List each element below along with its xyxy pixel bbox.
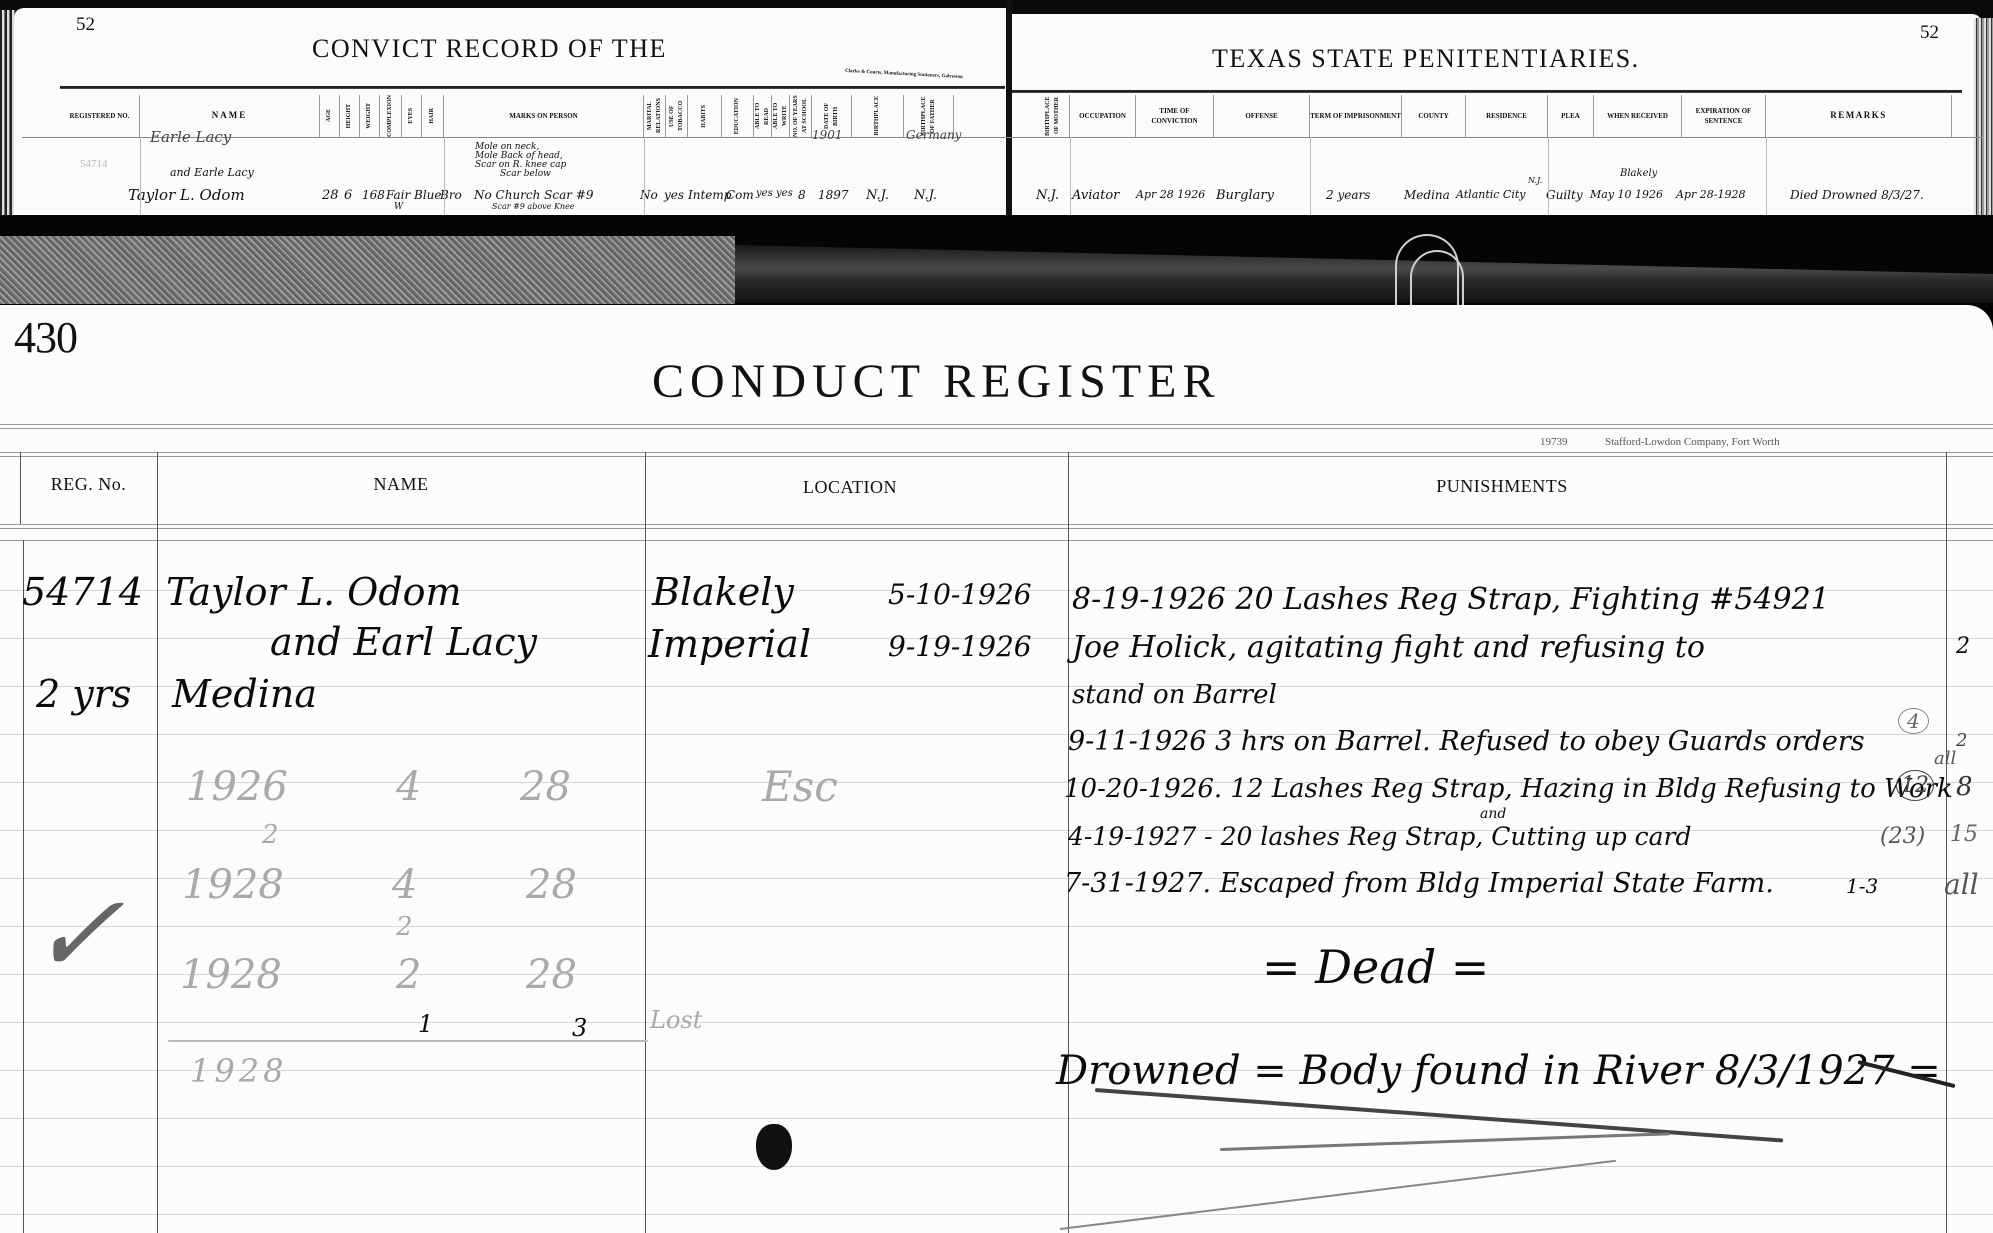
punishment-line-6: 4-19-1927 - 20 lashes Reg Strap, Cutting…	[1068, 822, 1692, 851]
col-registered-no: Registered No.	[60, 95, 140, 137]
pencil-day-2: 28	[526, 862, 577, 908]
cloth-spine	[0, 236, 735, 304]
col-location: LOCATION	[645, 477, 1055, 498]
pencil-mark-2: 2	[262, 820, 279, 850]
col-plea: PLEA	[1548, 95, 1594, 137]
header-rule-right	[1012, 90, 1962, 93]
location-1-date: 5-10-1926	[888, 578, 1032, 611]
pencil-subtotal-month: 1	[418, 1010, 433, 1038]
header-top-rule	[0, 452, 1993, 457]
term-of-imprisonment: 2 years	[1326, 188, 1370, 202]
col-complexion: Complexion	[386, 95, 395, 137]
col-marital-relations: Marital Relations	[646, 95, 664, 137]
conduct-term: 2 yrs	[36, 672, 131, 716]
when-received: May 10 1926	[1590, 188, 1663, 201]
margin-value-5: 15	[1950, 822, 1978, 847]
punishment-line-2: Joe Holick, agitating fight and refusing…	[1072, 630, 1705, 665]
residence: Atlantic City	[1456, 188, 1526, 201]
col-height: Height	[345, 104, 354, 128]
col-able-to-write: Able to Write	[772, 95, 790, 137]
header-bottom-line	[22, 137, 1982, 138]
col-time-of-conviction: TIME OF CONVICTION	[1136, 95, 1214, 137]
col-term-of-imprisonment: TERM OF IMPRISONMENT	[1310, 95, 1402, 137]
prior-row-name: Earle Lacy	[150, 128, 231, 146]
title-rule	[0, 424, 1993, 429]
conduct-name-line2: and Earl Lacy	[270, 620, 537, 664]
pencil-subtotal-day: 3	[572, 1014, 587, 1042]
margin-value-4: 8	[1956, 772, 1973, 802]
header-rule-left	[60, 86, 1005, 89]
location-1-place: Blakely	[652, 570, 794, 614]
col-punishments: PUNISHMENTS	[1068, 476, 1936, 497]
years-at-school: 8	[798, 188, 806, 202]
ruled-line	[0, 926, 1993, 927]
conduct-page-number: 430	[14, 312, 77, 363]
page-edges-right	[1974, 18, 1993, 215]
residence-suffix: N.J.	[1528, 176, 1542, 185]
ruled-line	[0, 1166, 1993, 1167]
right-page-number: 52	[1920, 22, 1939, 44]
col-rule	[1946, 452, 1947, 1233]
pencil-year-3: 1928	[180, 952, 282, 998]
col-use-of-tobacco: Use of Tobacco	[668, 95, 686, 137]
punishment-line-3: stand on Barrel	[1072, 680, 1277, 710]
col-age: Age	[325, 109, 334, 122]
prior-row-birthplace-father: Germany	[906, 128, 961, 142]
ruled-line	[0, 1022, 1993, 1023]
ruled-line	[0, 830, 1993, 831]
col-county: COUNTY	[1402, 95, 1466, 137]
loose-thread	[1410, 250, 1464, 307]
col-rule	[644, 137, 645, 215]
bracket-annotation-23: (23)	[1880, 824, 1925, 849]
pencil-day-1: 28	[520, 764, 571, 810]
col-rule	[23, 540, 24, 1233]
pencil-month-1: 4	[396, 764, 421, 810]
marks-on-person-main: No Church Scar #9	[474, 188, 594, 202]
when-received-note: Blakely	[1620, 168, 1657, 179]
birthplace-mother: N.J.	[1036, 188, 1059, 203]
col-rule	[157, 452, 158, 1233]
margin-value-1: 2	[1956, 634, 1970, 659]
col-marks-on-person: MARKS ON PERSON	[444, 95, 644, 137]
remarks: Died Drowned 8/3/27.	[1790, 188, 1924, 202]
col-when-received: WHEN RECEIVED	[1594, 95, 1682, 137]
birthplace: N.J.	[866, 188, 889, 203]
convict-eyes: Blue	[414, 188, 442, 202]
col-rule	[1070, 137, 1071, 215]
col-remarks: REMARKS	[1766, 95, 1952, 137]
imprint-company: Stafford-Lowdon Company, Fort Worth	[1605, 436, 1780, 448]
convict-weight: 168	[362, 188, 385, 202]
use-of-tobacco: yes	[664, 188, 684, 202]
ruled-line	[0, 1214, 1993, 1215]
col-rule	[1548, 137, 1549, 215]
col-rule	[140, 137, 141, 215]
convict-record-title: CONVICT RECORD OF THE	[312, 34, 667, 64]
convict-height: 6	[344, 188, 352, 203]
location-2-date: 9-19-1926	[888, 630, 1032, 663]
col-years-at-school: No. of Years at School	[792, 95, 810, 137]
marks-on-person-5: Scar #9 above Knee	[492, 202, 575, 211]
left-page-number: 52	[76, 14, 95, 36]
col-rule	[645, 452, 646, 1233]
pencil-year-2: 1928	[182, 862, 284, 908]
death-note: Drowned = Body found in River 8/3/1927 =	[1056, 1048, 1941, 1094]
col-hair: Hair	[428, 108, 437, 124]
pencil-month-2: 4	[392, 862, 417, 908]
able-to-write: yes	[776, 188, 793, 199]
county: Medina	[1404, 188, 1450, 202]
marital-relations: No	[640, 188, 658, 202]
data-top-rule	[0, 540, 1993, 541]
birthplace-father: N.J.	[914, 188, 937, 203]
imprint-number: 19739	[1540, 436, 1568, 448]
punishment-line-7: 7-31-1927. Escaped from Bldg Imperial St…	[1064, 868, 1774, 899]
status-dead: = Dead =	[1262, 940, 1489, 994]
col-occupation: OCCUPATION	[1070, 95, 1136, 137]
margin-value-6: all	[1944, 868, 1979, 901]
ruled-line	[0, 974, 1993, 975]
col-birthplace: Birthplace	[873, 96, 882, 135]
offense: Burglary	[1216, 188, 1274, 203]
book-gutter	[1006, 0, 1012, 215]
col-name: NAME	[157, 474, 645, 495]
ink-blot	[756, 1124, 792, 1170]
col-able-to-read: Able to Read	[754, 95, 772, 137]
punishment-line-5: 10-20-1926. 12 Lashes Reg Strap, Hazing …	[1064, 774, 1953, 804]
punishment-line-1: 8-19-1926 20 Lashes Reg Strap, Fighting …	[1072, 582, 1830, 617]
location-2-place: Imperial	[648, 622, 811, 666]
education: Com	[726, 188, 754, 202]
pencil-day-3: 28	[526, 952, 577, 998]
expiration-of-sentence: Apr 28-1928	[1676, 188, 1745, 201]
pencil-year-last: 1928	[190, 1052, 287, 1090]
margin-value-2: 2	[1956, 730, 1967, 751]
complexion-note: W	[394, 202, 403, 212]
conduct-county: Medina	[172, 672, 317, 716]
able-to-read: yes	[756, 188, 773, 199]
row7-days: 1-3	[1846, 874, 1878, 898]
habits: Intemp	[688, 188, 731, 202]
punishment-and-note: and	[1480, 806, 1506, 822]
col-reg-no: REG. No.	[20, 474, 157, 495]
location-note-escaped: Esc	[762, 762, 838, 811]
convict-complexion: Fair	[386, 188, 410, 202]
col-rule	[444, 137, 445, 215]
plea: Guilty	[1546, 188, 1583, 202]
pencil-year-1: 1926	[186, 764, 288, 810]
location-note-lost: Lost	[650, 1006, 702, 1034]
registered-no-stamp: 54714	[80, 158, 108, 170]
penitentiaries-title: TEXAS STATE PENITENTIARIES.	[1212, 44, 1640, 74]
alias-line: and Earle Lacy	[170, 166, 254, 179]
conduct-register-title: CONDUCT REGISTER	[652, 354, 1220, 409]
col-residence: RESIDENCE	[1466, 95, 1548, 137]
col-expiration-of-sentence: EXPIRATION OF SENTENCE	[1682, 95, 1766, 137]
conduct-reg-no: 54714	[22, 570, 143, 614]
time-of-conviction: Apr 28 1926	[1136, 188, 1205, 201]
convict-name: Taylor L. Odom	[128, 186, 245, 204]
col-rule	[1766, 137, 1767, 215]
col-eyes: Eyes	[407, 108, 416, 124]
occupation: Aviator	[1072, 188, 1119, 203]
pencil-month-3: 2	[396, 952, 421, 998]
pencil-sum-line	[168, 1040, 648, 1042]
col-rule	[1310, 137, 1311, 215]
header-bottom-rule	[0, 524, 1993, 529]
punishment-line-4: 9-11-1926 3 hrs on Barrel. Refused to ob…	[1068, 726, 1865, 757]
date-of-birth: 1897	[818, 188, 849, 202]
convict-age: 28	[322, 188, 339, 203]
col-habits: Habits	[700, 105, 709, 128]
marks-on-person-4: Scar below	[500, 169, 551, 179]
margin-value-3: all	[1934, 748, 1956, 769]
col-offense: OFFENSE	[1214, 95, 1310, 137]
conduct-name-line1: Taylor L. Odom	[166, 570, 462, 614]
prior-row-birth-year: 1901	[812, 128, 843, 142]
circled-annotation-4: 4	[1898, 708, 1929, 734]
ruled-line	[0, 1118, 1993, 1119]
circled-annotation-12: 12	[1896, 770, 1934, 801]
col-weight: Weight	[365, 103, 374, 129]
pencil-mark-month: 2	[396, 912, 413, 942]
col-education: Education	[733, 98, 742, 134]
col-rule	[20, 452, 21, 524]
col-birthplace-mother: Birthplace of Mother	[1044, 95, 1062, 137]
